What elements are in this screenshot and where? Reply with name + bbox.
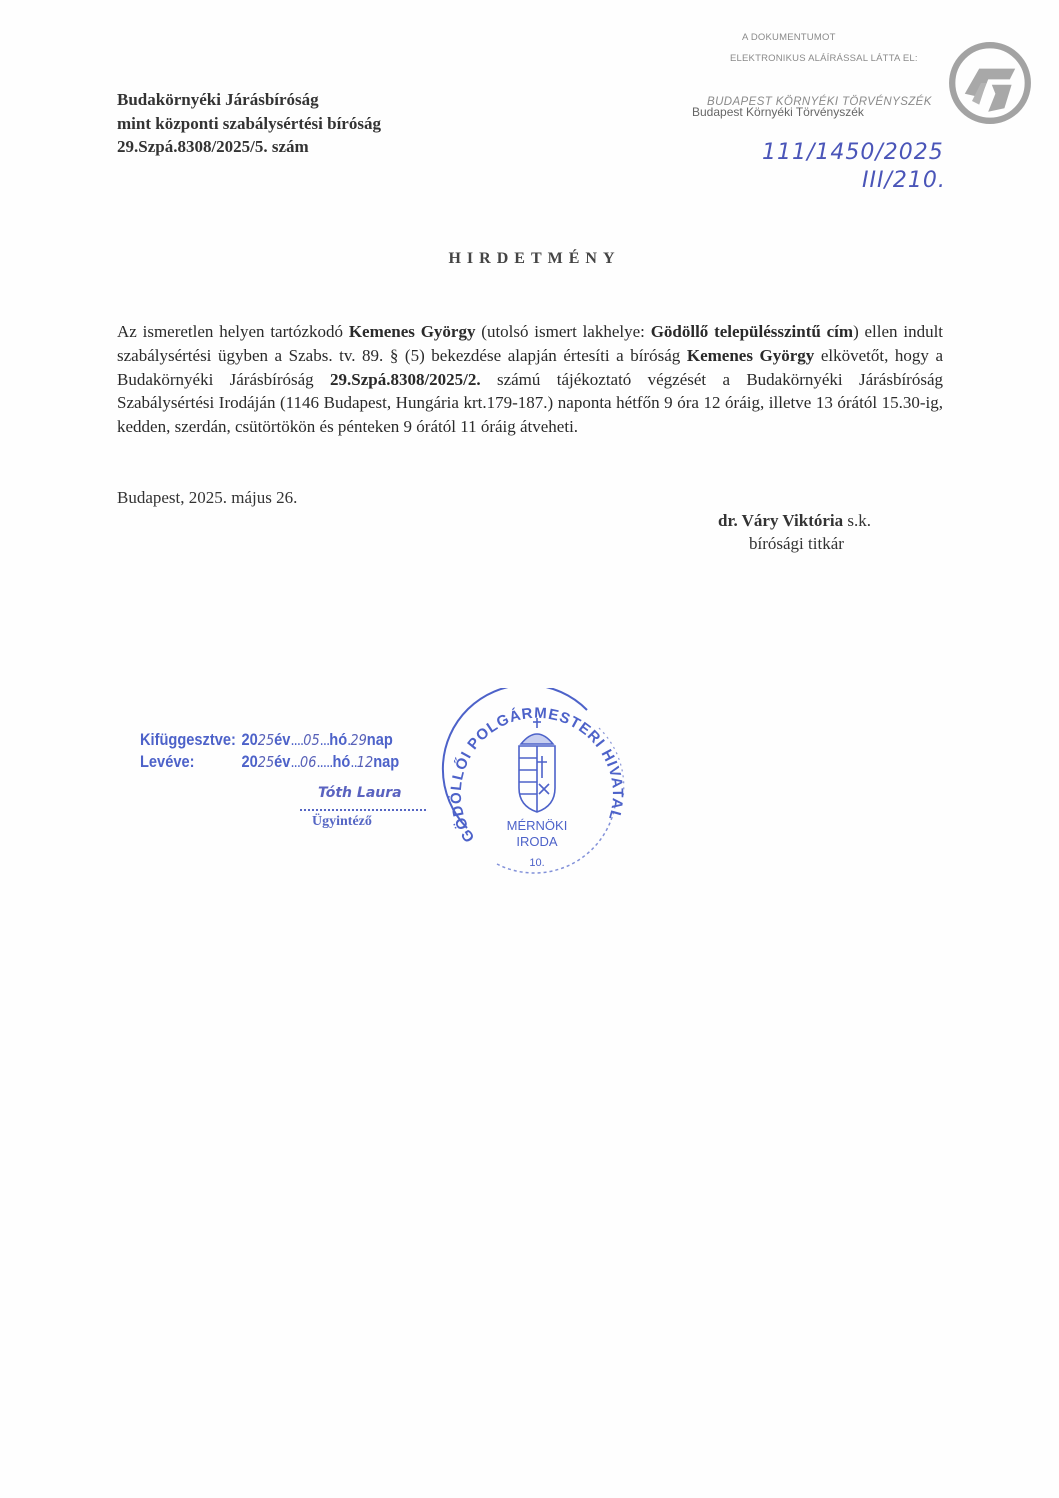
office-seal: GÖDÖLLŐI POLGÁRMESTERI HIVATAL MÉRNÖKI I…: [437, 688, 637, 878]
esign-court-lower: Budapest Környéki Törvényszék: [692, 105, 864, 119]
posted-month: 05: [303, 731, 319, 749]
court-logo-icon: [945, 38, 1035, 128]
case-number: 29.Szpá.8308/2025/5. szám: [117, 135, 381, 159]
seal-center-line2: IRODA: [516, 834, 558, 849]
posted-day: 29: [350, 731, 366, 749]
electronic-signature-stamp: A DOKUMENTUMOT ELEKTRONIKUS ALÁÍRÁSSAL L…: [690, 26, 1050, 126]
court-role: mint központi szabálysértési bíróság: [117, 112, 381, 136]
date-line: Budapest, 2025. május 26.: [117, 488, 297, 508]
year-unit: év: [274, 730, 290, 749]
last-known-address: Gödöllő településszintű cím: [651, 322, 853, 341]
seal-number: 10.: [529, 857, 544, 869]
month-unit: hó: [329, 730, 347, 749]
posted-row: Kifüggesztve:2025év....05...hó.29nap: [140, 730, 393, 750]
signature-line: [300, 809, 426, 811]
year-prefix: 20: [241, 752, 257, 771]
document-title: HIRDETMÉNY: [0, 250, 1059, 268]
posting-stamp: Kifüggesztve:2025év....05...hó.29nap Lev…: [140, 730, 440, 850]
day-unit: nap: [367, 730, 393, 749]
offender-name: Kemenes György: [687, 346, 814, 365]
order-number: 29.Szpá.8308/2025/2.: [330, 370, 481, 389]
signer-name: dr. Váry Viktória: [718, 511, 843, 530]
court-name: Budakörnyéki Járásbíróság: [117, 88, 381, 112]
handwritten-reference-2: III/210.: [862, 168, 946, 193]
seal-center-line1: MÉRNÖKI: [507, 818, 568, 833]
body-text-segment: Az ismeretlen helyen tartózkodó: [117, 322, 349, 341]
day-unit: nap: [373, 752, 399, 771]
offender-name: Kemenes György: [349, 322, 476, 341]
year-unit: év: [274, 752, 290, 771]
body-text-segment: (utolsó ismert lakhelye:: [475, 322, 650, 341]
notice-body: Az ismeretlen helyen tartózkodó Kemenes …: [117, 320, 943, 439]
removed-day: 12: [357, 753, 373, 771]
removed-label: Levéve:: [140, 752, 241, 772]
posted-label: Kifüggesztve:: [140, 730, 241, 750]
posted-year: 25: [258, 731, 274, 749]
court-header: Budakörnyéki Járásbíróság mint központi …: [117, 88, 381, 159]
signer: dr. Váry Viktória s.k.: [718, 511, 871, 531]
removed-month: 06: [300, 753, 316, 771]
handwritten-signature: Tóth Laura: [318, 785, 402, 801]
esign-line1: A DOKUMENTUMOT: [742, 32, 836, 43]
signer-role: Ügyintéző: [312, 814, 372, 830]
removed-year: 25: [258, 753, 274, 771]
month-unit: hó: [332, 752, 350, 771]
handwritten-reference-1: 111/1450/2025: [762, 140, 944, 165]
esign-line2: ELEKTRONIKUS ALÁÍRÁSSAL LÁTTA EL:: [730, 53, 918, 64]
document-page: Budakörnyéki Járásbíróság mint központi …: [0, 0, 1059, 1498]
hungarian-coat-of-arms-icon: [519, 718, 555, 812]
year-prefix: 20: [241, 730, 257, 749]
removed-row: Levéve:2025év...06.....hó..12nap: [140, 752, 399, 772]
signer-suffix: s.k.: [843, 511, 871, 530]
signer-title: bírósági titkár: [749, 534, 844, 554]
